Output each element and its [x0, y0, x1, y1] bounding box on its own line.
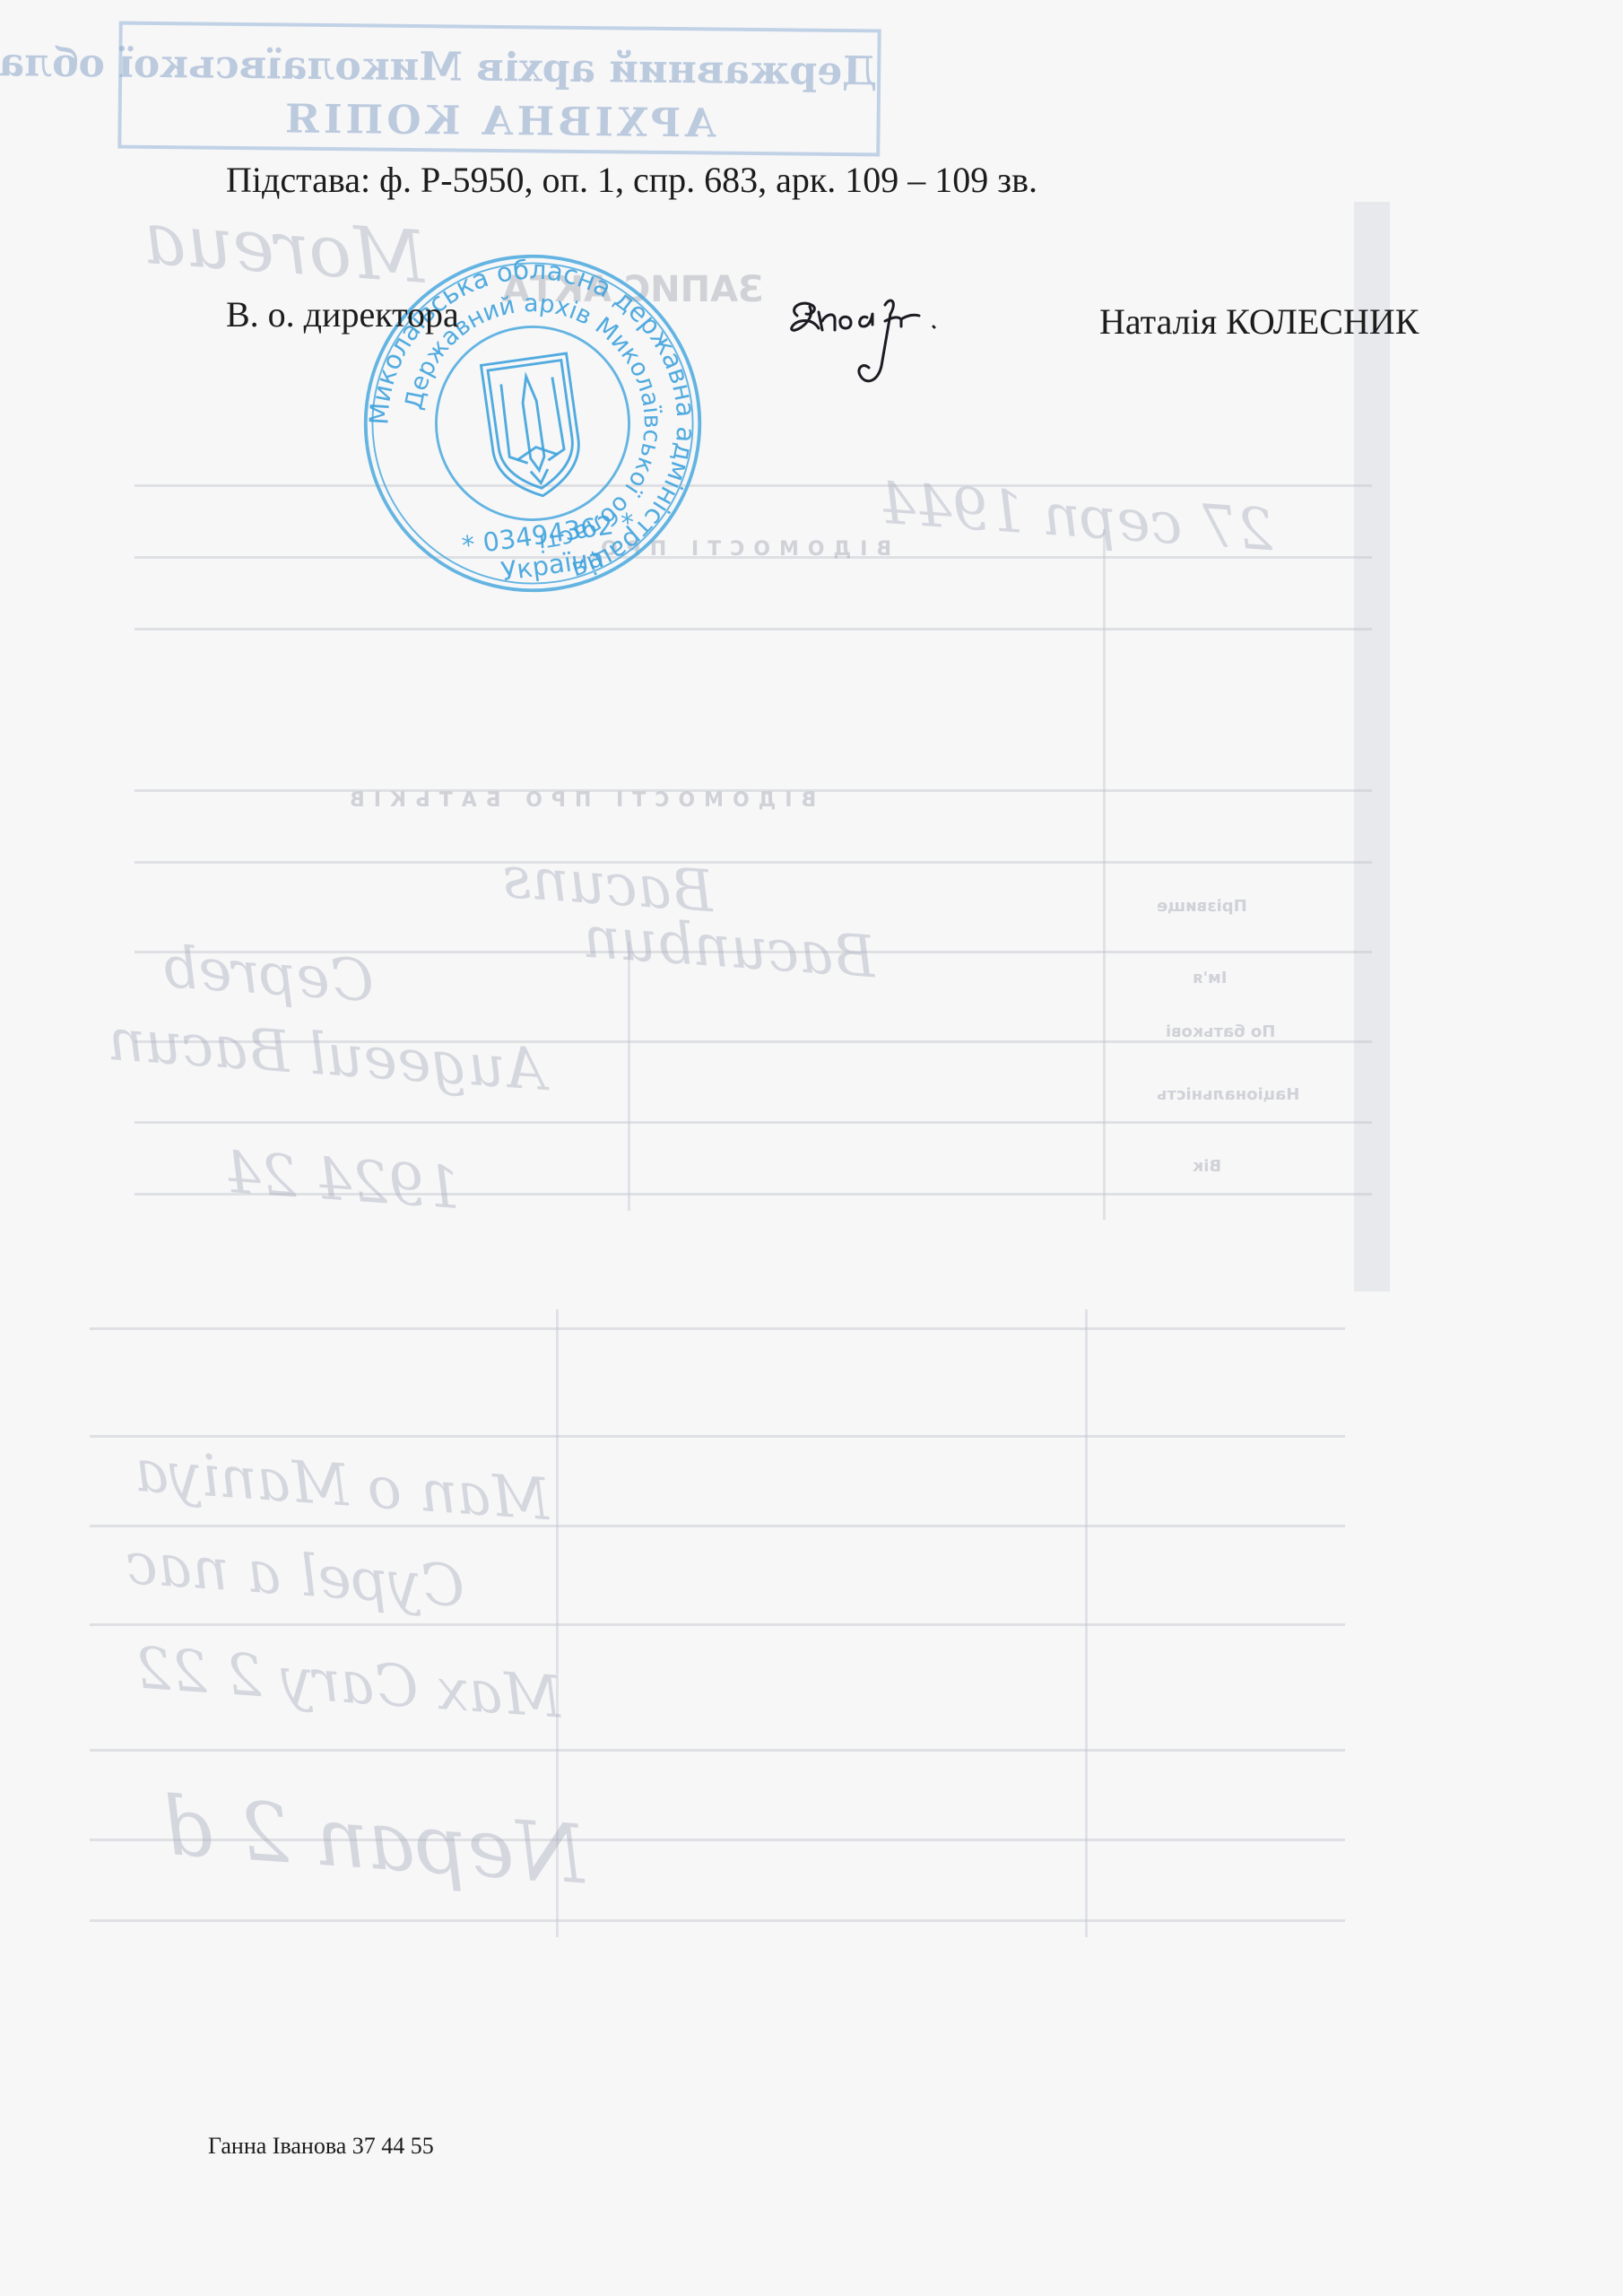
record-row-label: Вік: [1193, 1157, 1221, 1176]
record-rule: [90, 1839, 1345, 1841]
record-rule: [135, 628, 1372, 631]
record-rule: [90, 1749, 1345, 1752]
record-column-rule: [1085, 1309, 1088, 1937]
record-rule: [135, 556, 1372, 559]
basis-reference: Підстава: ф. Р-5950, оп. 1, спр. 683, ар…: [226, 162, 1037, 198]
handwriting-bleed: 27 cepn 1944: [877, 471, 1276, 565]
signatory-name: Наталія КОЛЕСНИК: [1099, 304, 1419, 340]
signatory-position: В. о. директора: [226, 297, 459, 333]
record-section-2: ВІДОМОСТІ ПРО БАТЬКІВ: [341, 789, 816, 812]
handwriting-bleed: Man o Maniya: [133, 1439, 552, 1534]
archive-stamp-line-2: АРХІВНА КОПІЯ: [121, 95, 876, 149]
record-column-rule: [628, 942, 630, 1211]
record-rule: [90, 1525, 1345, 1527]
record-row-label: Прізвище: [1157, 897, 1247, 916]
record-row-label: Національність: [1157, 1085, 1299, 1104]
handwriting-bleed: Nepan 2 d: [159, 1779, 589, 1903]
handwriting-bleed: Cepreb: [160, 935, 377, 1015]
executor-contact: Ганна Іванова 37 44 55: [208, 2135, 434, 2158]
record-rule: [135, 861, 1372, 864]
handwriting-bleed: Augeeul Bacun: [106, 1007, 549, 1104]
record-rule: [90, 1623, 1345, 1626]
record-frame: [108, 202, 1390, 1291]
handwriting-bleed: Cypel a nac: [124, 1531, 467, 1621]
record-column-rule: [1103, 529, 1106, 1220]
record-rule: [90, 1919, 1345, 1922]
record-row-label: Ім'я: [1193, 969, 1227, 987]
archive-stamp-line-1: Державний архів Миколаївської області: [122, 41, 877, 95]
record-row-label: По батькові: [1166, 1022, 1275, 1041]
record-rule: [135, 484, 1372, 487]
handwriting-bleed: Max Cary 2 22: [133, 1635, 564, 1731]
record-rule: [135, 789, 1372, 792]
handwriting-bleed: 1924 24: [222, 1140, 464, 1222]
record-rule: [135, 1121, 1372, 1124]
record-rule: [90, 1435, 1345, 1438]
record-column-rule: [556, 1309, 559, 1937]
handwriting-bleed: Bacuns: [500, 845, 716, 926]
record-rule: [135, 951, 1372, 953]
handwritten-signature: [785, 296, 964, 395]
record-rule: [90, 1327, 1345, 1330]
archive-copy-stamp: Державний архів Миколаївської області АР…: [117, 22, 881, 157]
record-rule: [135, 1193, 1372, 1196]
record-rule: [135, 1040, 1372, 1043]
handwriting-bleed: Bacunbun: [581, 905, 878, 992]
official-seal: Миколаївська обласна державна адміністра…: [337, 222, 728, 625]
trident-icon: [481, 353, 585, 501]
